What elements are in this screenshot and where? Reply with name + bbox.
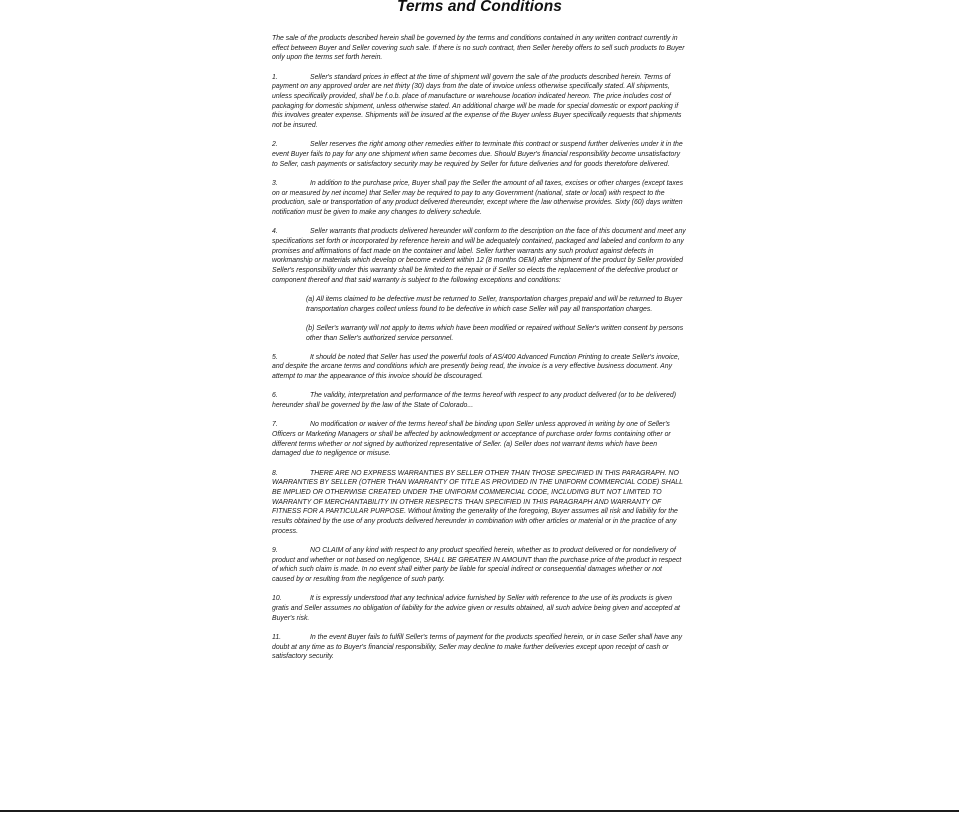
section-number: 2.: [272, 140, 310, 150]
section-text: No modification or waiver of the terms h…: [272, 421, 671, 457]
section-5: 5.It should be noted that Seller has use…: [272, 353, 686, 382]
section-number: 1.: [272, 73, 310, 83]
section-text: THERE ARE NO EXPRESS WARRANTIES BY SELLE…: [272, 470, 683, 535]
section-text: It is expressly understood that any tech…: [272, 595, 680, 621]
section-number: 7.: [272, 420, 310, 430]
section-8: 8.THERE ARE NO EXPRESS WARRANTIES BY SEL…: [272, 469, 686, 537]
section-text: Seller reserves the right among other re…: [272, 141, 683, 167]
section-text: Seller warrants that products delivered …: [272, 228, 686, 284]
intro-paragraph: The sale of the products described herei…: [272, 34, 686, 63]
section-number: 3.: [272, 179, 310, 189]
section-7: 7.No modification or waiver of the terms…: [272, 420, 686, 459]
section-2: 2.Seller reserves the right among other …: [272, 140, 686, 169]
section-4: 4.Seller warrants that products delivere…: [272, 227, 686, 285]
section-text: Seller's standard prices in effect at th…: [272, 74, 681, 130]
section-number: 5.: [272, 353, 310, 363]
section-text: In addition to the purchase price, Buyer…: [272, 180, 683, 216]
section-1: 1.Seller's standard prices in effect at …: [272, 73, 686, 131]
section-number: 4.: [272, 227, 310, 237]
section-4-subitem-b: (b) Seller's warranty will not apply to …: [306, 324, 686, 343]
section-text: It should be noted that Seller has used …: [272, 354, 680, 380]
section-text: NO CLAIM of any kind with respect to any…: [272, 547, 681, 583]
section-11: 11.In the event Buyer fails to fulfill S…: [272, 633, 686, 662]
section-number: 6.: [272, 391, 310, 401]
section-6: 6.The validity, interpretation and perfo…: [272, 391, 686, 410]
section-number: 8.: [272, 469, 310, 479]
section-number: 9.: [272, 546, 310, 556]
section-10: 10.It is expressly understood that any t…: [272, 594, 686, 623]
terms-body: The sale of the products described herei…: [272, 34, 686, 672]
section-text: The validity, interpretation and perform…: [272, 392, 676, 409]
section-9: 9.NO CLAIM of any kind with respect to a…: [272, 546, 686, 585]
section-3: 3.In addition to the purchase price, Buy…: [272, 179, 686, 218]
section-number: 11.: [272, 633, 310, 643]
section-number: 10.: [272, 594, 310, 604]
section-text: In the event Buyer fails to fulfill Sell…: [272, 634, 682, 660]
footer-divider: [0, 810, 959, 812]
page-title: Terms and Conditions: [0, 0, 959, 16]
section-4-subitem-a: (a) All items claimed to be defective mu…: [306, 295, 686, 314]
